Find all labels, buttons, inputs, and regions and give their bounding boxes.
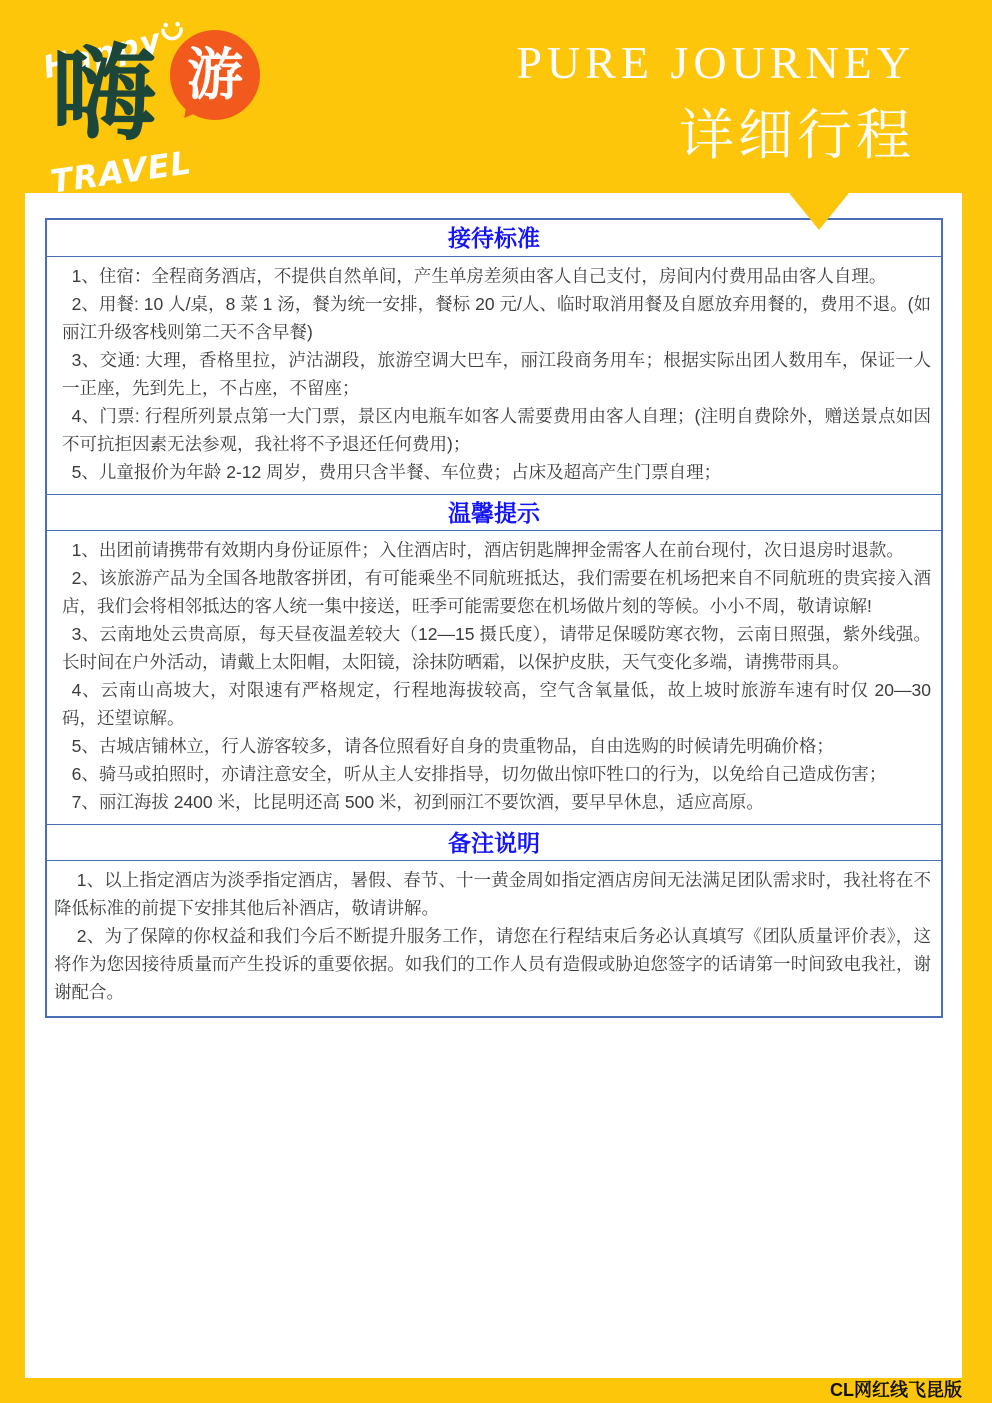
tip-item: 7、丽江海拔 2400 米，比昆明还高 500 米，初到丽江不要饮酒，要早早休息… — [62, 788, 931, 816]
section-body-notes: 1、以上指定酒店为淡季指定酒店，暑假、春节、十一黄金周如指定酒店房间无法满足团队… — [47, 861, 941, 1016]
reception-item: 2、用餐: 10 人/桌，8 菜 1 汤，餐为统一安排，餐标 20 元/人、临时… — [62, 290, 931, 346]
tip-item: 2、该旅游产品为全国各地散客拼团，有可能乘坐不同航班抵达，我们需要在机场把来自不… — [62, 564, 931, 620]
speech-tail-pointer — [789, 193, 849, 230]
logo-hai-character: 嗨 — [52, 42, 156, 146]
reception-item: 5、儿童报价为年龄 2-12 周岁，费用只含半餐、车位费；占床及超高产生门票自理… — [62, 458, 931, 486]
logo-you-character: 游 — [187, 47, 243, 103]
section-title-notes: 备注说明 — [47, 824, 941, 861]
tip-item: 1、出团前请携带有效期内身份证原件；入住酒店时，酒店钥匙牌押金需客人在前台现付，… — [62, 536, 931, 564]
reception-item: 3、交通: 大理，香格里拉，泸沽湖段，旅游空调大巴车，丽江段商务用车；根据实际出… — [62, 346, 931, 402]
reception-item: 1、住宿：全程商务酒店，不提供自然单间，产生单房差须由客人自己支付，房间内付费用… — [62, 262, 931, 290]
note-item: 2、为了保障的你权益和我们今后不断提升服务工作，请您在行程结束后务必认真填写《团… — [54, 922, 931, 1006]
footer-version-label: CL网红线飞昆版 — [830, 1380, 962, 1400]
logo-speech-bubble: 游 — [170, 30, 260, 120]
header-title-chinese: 详细行程 — [516, 91, 915, 170]
itinerary-page: { "brand": { "happy": "Happy", "logo_mai… — [0, 0, 992, 1403]
tip-item: 5、古城店铺林立，行人游客较多，请各位照看好自身的贵重物品，自由选购的时候请先明… — [62, 732, 931, 760]
tip-item: 4、云南山高坡大，对限速有严格规定，行程地海拔较高，空气含氧量低，故上坡时旅游车… — [62, 676, 931, 732]
tip-item: 3、云南地处云贵高原，每天昼夜温差较大（12—15 摄氏度），请带足保暖防寒衣物… — [62, 620, 931, 676]
brand-logo: Happy 嗨 游 TRAVEL — [30, 20, 280, 195]
section-body-reception-standards: 1、住宿：全程商务酒店，不提供自然单间，产生单房差须由客人自己支付，房间内付费用… — [47, 257, 941, 494]
section-body-warm-tips: 1、出团前请携带有效期内身份证原件；入住酒店时，酒店钥匙牌押金需客人在前台现付，… — [47, 531, 941, 824]
itinerary-info-table: 接待标准 1、住宿：全程商务酒店，不提供自然单间，产生单房差须由客人自己支付，房… — [45, 218, 943, 1018]
tip-item: 6、骑马或拍照时，亦请注意安全，听从主人安排指导，切勿做出惊吓牲口的行为，以免给… — [62, 760, 931, 788]
reception-item: 4、门票: 行程所列景点第一大门票，景区内电瓶车如客人需要费用由客人自理；(注明… — [62, 402, 931, 458]
header-title-english: PURE JOURNEY — [516, 36, 915, 89]
footer-bar: CL网红线飞昆版 — [0, 1378, 992, 1403]
section-title-warm-tips: 温馨提示 — [47, 494, 941, 531]
note-item: 1、以上指定酒店为淡季指定酒店，暑假、春节、十一黄金周如指定酒店房间无法满足团队… — [54, 866, 931, 922]
page-header: PURE JOURNEY 详细行程 — [516, 36, 915, 170]
